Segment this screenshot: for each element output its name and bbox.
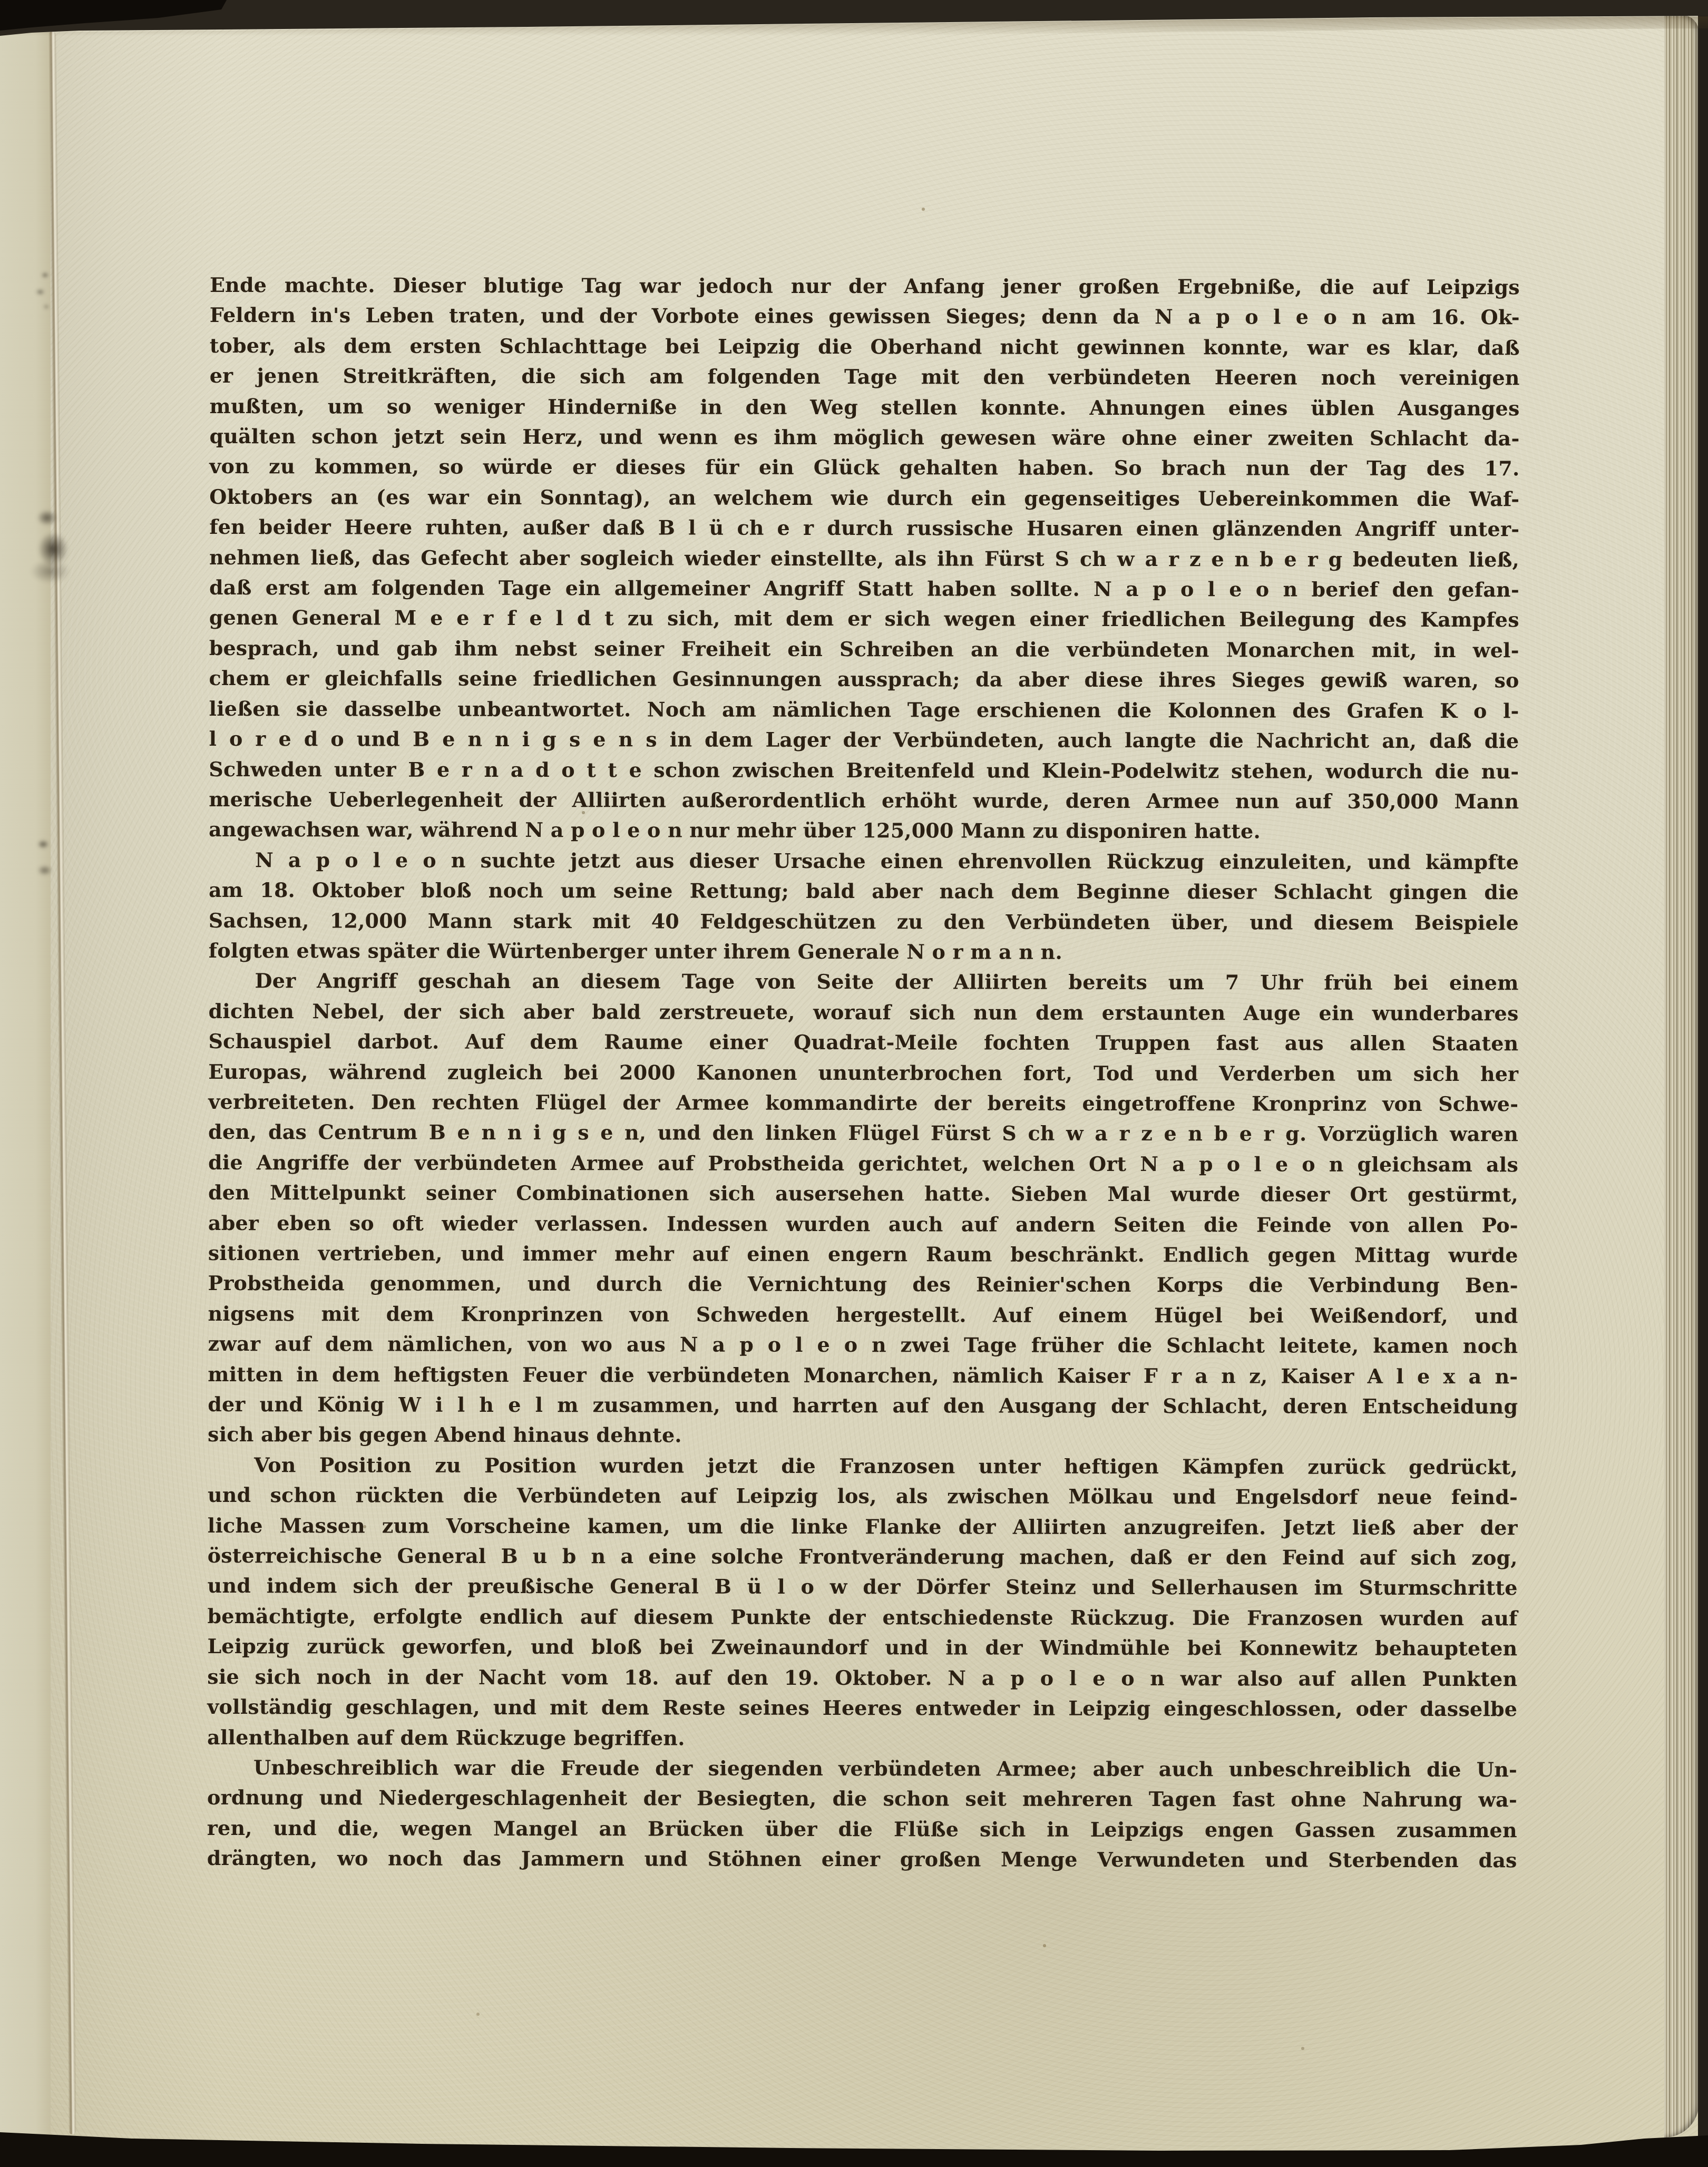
text-line: und indem sich der preußische General B …: [208, 1570, 1518, 1603]
text-line: Unbeschreiblich war die Freude der siege…: [207, 1752, 1517, 1785]
text-line: N a p o l e o n suchte jetzt aus dieser …: [209, 845, 1519, 877]
scanner-background-right: [1698, 0, 1708, 2167]
text-line: zwar auf dem nämlichen, von wo aus N a p…: [208, 1329, 1518, 1361]
text-line: genen General M e e r f e l d t zu sich,…: [209, 602, 1519, 635]
text-line: chem er gleichfalls seine friedlichen Ge…: [209, 663, 1519, 696]
text-line: sie sich noch in der Nacht vom 18. auf d…: [207, 1662, 1517, 1694]
text-line: merische Ueberlegenheit der Alliirten au…: [209, 784, 1519, 817]
text-line: ren, und die, wegen Mangel an Brücken üb…: [207, 1813, 1517, 1846]
text-line: Schauspiel darbot. Auf dem Raume einer Q…: [208, 1026, 1518, 1059]
text-line: daß erst am folgenden Tage ein allgemein…: [209, 572, 1519, 605]
page-text-block: Ende machte. Dieser blutige Tag war jedo…: [207, 270, 1520, 1876]
text-line: sitionen vertrieben, und immer mehr auf …: [208, 1238, 1518, 1271]
scanned-book-page: Ende machte. Dieser blutige Tag war jedo…: [0, 0, 1708, 2167]
text-line: besprach, und gab ihm nebst seiner Freih…: [209, 633, 1519, 666]
text-line: verbreiteten. Den rechten Flügel der Arm…: [208, 1087, 1518, 1119]
text-line: folgten etwas später die Würtenberger un…: [209, 935, 1519, 968]
text-line: die Angriffe der verbündeten Armee auf P…: [208, 1147, 1518, 1180]
text-line: Sachsen, 12,000 Mann stark mit 40 Feldge…: [209, 905, 1519, 938]
text-line: sich aber bis gegen Abend hinaus dehnte.: [208, 1419, 1518, 1452]
text-line: nehmen ließ, das Gefecht aber sogleich w…: [209, 542, 1519, 575]
text-line: der und König W i l h e l m zusammen, un…: [208, 1389, 1518, 1422]
text-line: dichten Nebel, der sich aber bald zerstr…: [208, 996, 1518, 1029]
text-line: von zu kommen, so würde er dieses für ei…: [209, 451, 1519, 484]
text-line: allenthalben auf dem Rückzuge begriffen.: [207, 1722, 1517, 1754]
text-line: Von Position zu Position wurden jetzt di…: [208, 1450, 1518, 1482]
page-edge-stack: [1664, 15, 1699, 2137]
text-line: den, das Centrum B e n n i g s e n, und …: [208, 1117, 1518, 1149]
text-line: Feldern in's Leben traten, und der Vorbo…: [210, 300, 1520, 333]
text-line: ließen sie dasselbe unbeantwortet. Noch …: [209, 694, 1519, 726]
text-line: bemächtigte, erfolgte endlich auf diesem…: [207, 1601, 1517, 1634]
text-line: Oktobers an (es war ein Sonntag), an wel…: [209, 482, 1519, 514]
text-line: und schon rückten die Verbündeten auf Le…: [208, 1480, 1518, 1512]
text-line: liche Massen zum Vorscheine kamen, um di…: [208, 1510, 1518, 1543]
text-line: angewachsen war, während N a p o l e o n…: [209, 814, 1519, 847]
ink-smudge: [31, 269, 55, 311]
text-line: fen beider Heere ruhten, außer daß B l ü…: [209, 512, 1519, 544]
text-line: quälten schon jetzt sein Herz, und wenn …: [209, 421, 1519, 454]
text-line: ordnung und Niedergeschlagenheit der Bes…: [207, 1782, 1517, 1815]
text-line: den Mittelpunkt seiner Combinationen sic…: [208, 1177, 1518, 1210]
text-line: er jenen Streitkräften, die sich am folg…: [210, 360, 1520, 393]
text-line: drängten, wo noch das Jammern und Stöhne…: [207, 1843, 1517, 1876]
text-line: mußten, um so weniger Hinderniße in den …: [209, 391, 1519, 424]
ink-smudge: [21, 495, 79, 585]
text-line: l o r e d o und B e n n i g s e n s in d…: [209, 724, 1519, 756]
text-line: Leipzig zurück geworfen, und bloß bei Zw…: [207, 1631, 1517, 1664]
text-line: tober, als dem ersten Schlachttage bei L…: [210, 330, 1520, 363]
text-line: am 18. Oktober bloß noch um seine Rettun…: [209, 875, 1519, 907]
text-line: Der Angriff geschah an diesem Tage von S…: [209, 965, 1519, 998]
text-line: Europas, während zugleich bei 2000 Kanon…: [208, 1057, 1518, 1089]
text-line: nigsens mit dem Kronprinzen von Schweden…: [208, 1299, 1518, 1331]
text-line: Ende machte. Dieser blutige Tag war jedo…: [210, 270, 1520, 302]
text-line: Probstheida genommen, und durch die Vern…: [208, 1268, 1518, 1301]
text-line: österreichische General B u b n a eine s…: [208, 1540, 1518, 1573]
ink-smudge: [27, 833, 59, 891]
text-line: vollständig geschlagen, und mit dem Rest…: [207, 1692, 1517, 1724]
gutter-strip: [0, 31, 51, 2139]
text-line: mitten in dem heftigsten Feuer die verbü…: [208, 1359, 1518, 1392]
text-line: Schweden unter B e r n a d o t t e schon…: [209, 754, 1519, 786]
text-line: aber eben so oft wieder verlassen. Indes…: [208, 1208, 1518, 1241]
